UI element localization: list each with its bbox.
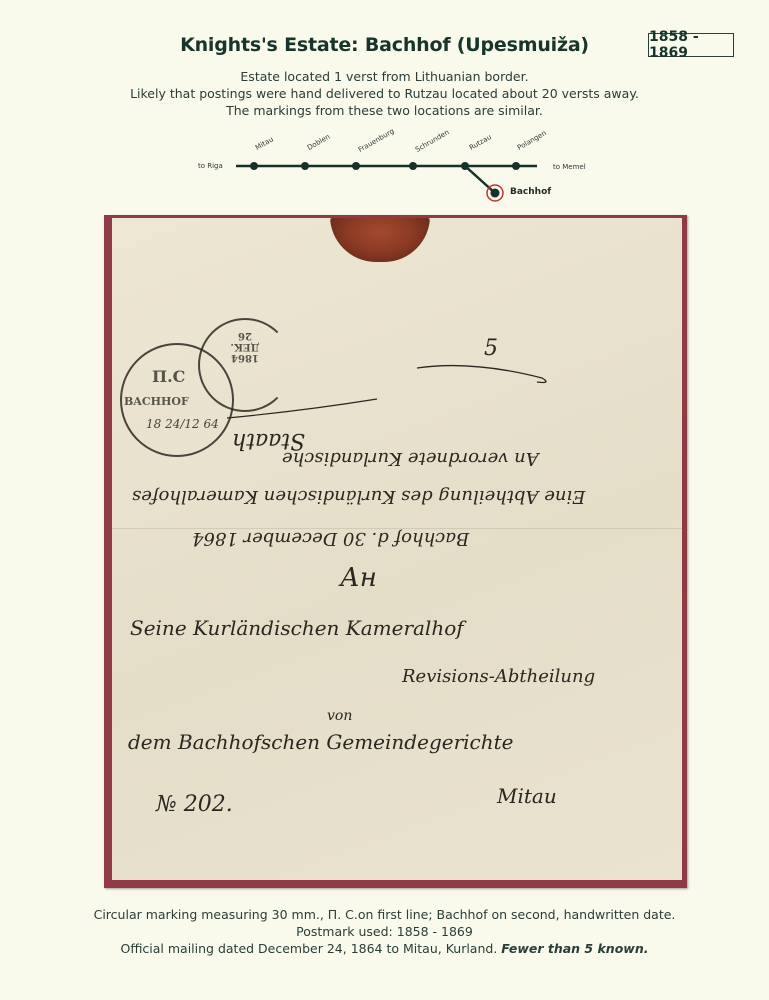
signature-flourish: [222, 393, 382, 423]
registry-number: № 202.: [156, 792, 233, 817]
date-range-box: 1858 - 1869: [648, 33, 734, 57]
postmark-day: 26: [222, 330, 268, 341]
caption: Circular marking measuring 30 mm., П. С.…: [0, 906, 769, 957]
caption-emphasis: Fewer than 5 known.: [501, 941, 648, 956]
inverted-handwriting: An verordnete Kurlandische: [282, 448, 539, 469]
rate-flourish: [412, 360, 557, 390]
postal-cover: П.С BACHHOF 18 24/12 64 1864 ДЕК. 26 5 S…: [112, 218, 682, 880]
postmark-year: 1864: [222, 352, 268, 363]
address-line: von: [327, 708, 352, 724]
postmark-month: ДЕК.: [222, 341, 268, 352]
intro-line: Likely that postings were hand delivered…: [0, 85, 769, 102]
postmark-line1: П.С: [152, 367, 185, 386]
rate-mark: 5: [484, 336, 498, 361]
inverted-handwriting: Bachhof d. 30 December 1864: [192, 528, 469, 549]
postmark-date: 18 24/12 64: [146, 417, 219, 431]
wax-seal: [330, 218, 430, 262]
intro-line: Estate located 1 verst from Lithuanian b…: [0, 68, 769, 85]
caption-line: Circular marking measuring 30 mm., П. С.…: [0, 906, 769, 923]
route-right-label: to Memel: [553, 163, 586, 171]
intro-line: The markings from these two locations ar…: [0, 102, 769, 119]
intro-text: Estate located 1 verst from Lithuanian b…: [0, 68, 769, 119]
postmark-line2: BACHHOF: [124, 395, 189, 408]
address-line: Seine Kurländischen Kameralhof: [130, 616, 464, 640]
address-line: Revisions-Abtheilung: [402, 666, 595, 687]
address-line: Ан: [340, 563, 377, 593]
caption-main: Official mailing dated December 24, 1864…: [121, 941, 498, 956]
route-left-label: to Riga: [198, 162, 223, 170]
route-map: to Riga to Memel Mitau Doblen Frauenburg…: [180, 128, 600, 218]
caption-line: Official mailing dated December 24, 1864…: [0, 940, 769, 957]
inverted-handwriting: Eine Abtheilung des Kurländischen Kamera…: [132, 486, 585, 507]
address-line: dem Bachhofschen Gemeindegerichte: [128, 730, 514, 754]
address-line: Mitau: [497, 784, 557, 808]
caption-line: Postmark used: 1858 - 1869: [0, 923, 769, 940]
branch-station-label: Bachhof: [510, 187, 551, 197]
